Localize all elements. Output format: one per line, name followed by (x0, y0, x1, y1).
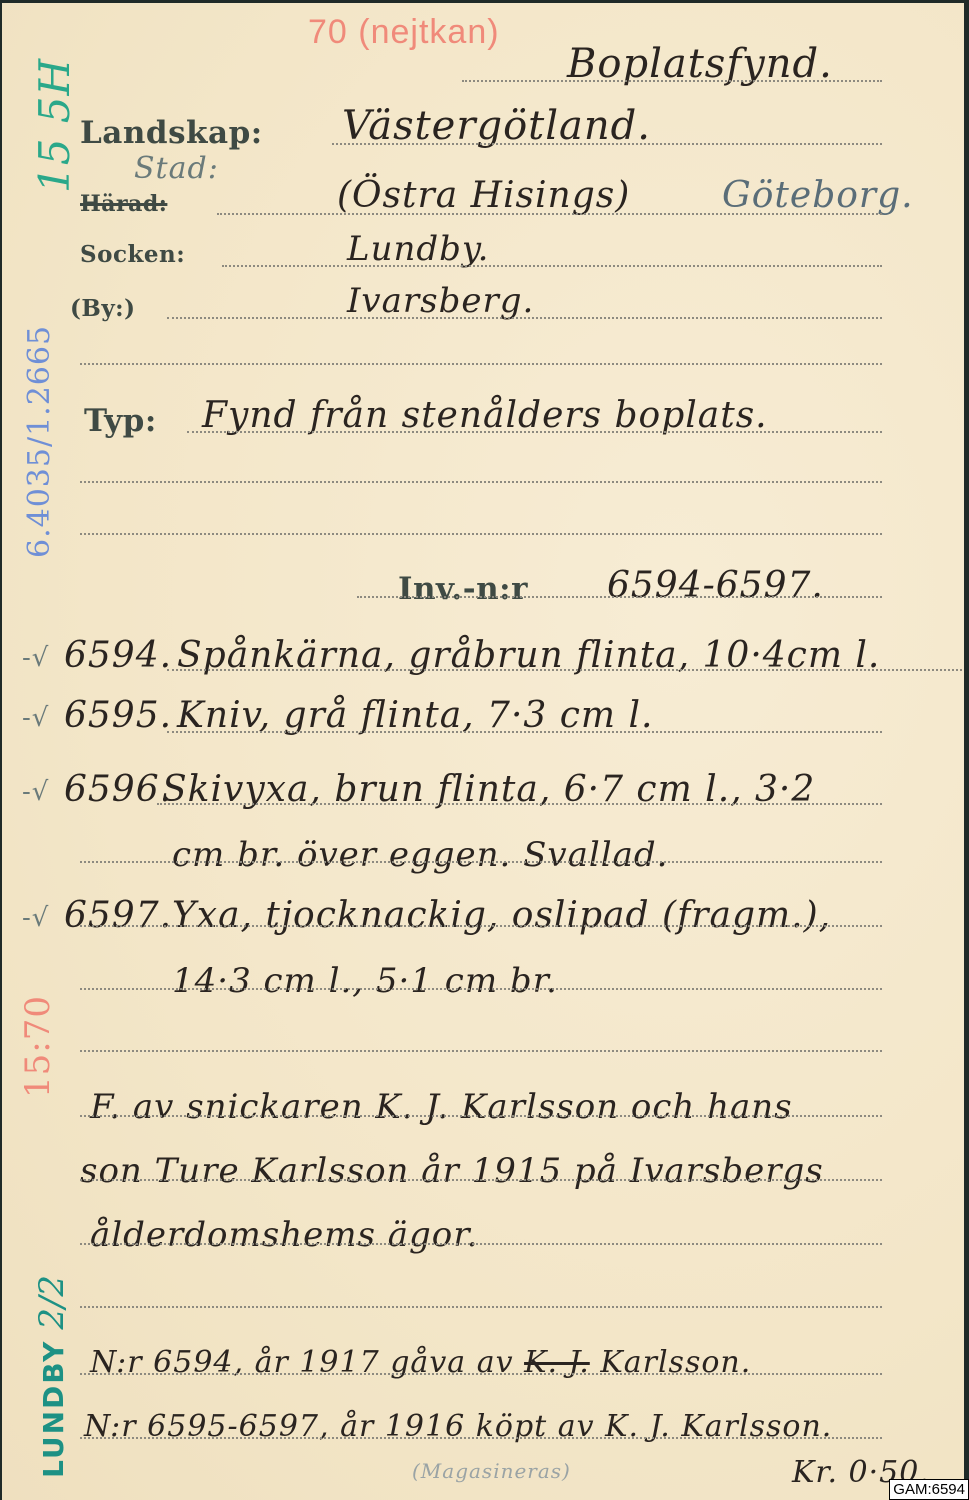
find-note-line: F. av snickaren K. J. Karlsson och hans (90, 1087, 793, 1127)
value-by: Ivarsberg. (347, 281, 534, 321)
dotted-line (187, 431, 882, 433)
value-inv-nr: 6594-6597. (607, 565, 824, 606)
item-number: 6595. (64, 695, 172, 736)
storage-note: (Magasineras) (412, 1459, 571, 1483)
dotted-line (80, 861, 882, 863)
dotted-line (217, 213, 882, 215)
item-number: 6594. (64, 635, 172, 676)
green-annotation: 15 5H (30, 58, 79, 193)
value-socken: Lundby. (347, 229, 489, 269)
dotted-line (80, 1373, 882, 1375)
side-stamp: LUNDBY 2/2 (32, 1275, 72, 1478)
dotted-line (222, 265, 882, 267)
side-note-red: 15:70 (18, 995, 58, 1098)
dotted-line (80, 1115, 882, 1117)
side-note-blue: 6.4035/1.2665 (22, 325, 57, 558)
label-landskap: Landskap: (80, 115, 263, 151)
label-typ: Typ: (84, 403, 157, 439)
dotted-line (157, 803, 882, 805)
item-description: Kniv, grå flinta, 7·3 cm l. (177, 695, 653, 736)
label-harad: Härad: (80, 191, 167, 217)
dotted-line (80, 988, 882, 990)
label-socken: Socken: (80, 241, 185, 268)
find-note-line: son Ture Karlsson år 1915 på Ivarsbergs (80, 1151, 824, 1191)
dotted-line (462, 80, 882, 82)
label-inv-nr: Inv.-n:r (398, 571, 528, 607)
find-note-line: ålderdomshems ägor. (90, 1215, 479, 1255)
side-stamp-hand: 2/2 (32, 1275, 72, 1330)
label-correction-stad: Stad: (134, 151, 219, 186)
dotted-line (332, 143, 882, 145)
dotted-line (80, 1306, 882, 1308)
dotted-line (80, 481, 882, 483)
item-number: 6597. (64, 895, 172, 936)
item-number: 6596. (64, 769, 172, 810)
dotted-line (80, 363, 882, 365)
dotted-line (80, 533, 882, 535)
check-mark: -√ (22, 777, 49, 807)
label-harad-text: Härad: (80, 191, 167, 217)
value-harad-addition: Göteborg. (722, 175, 914, 216)
catalog-card: 70 (nejtkan) 15 5H Boplatsfynd. Landskap… (2, 3, 964, 1500)
label-by: (By:) (70, 295, 136, 322)
item-description-cont: cm br. över eggen. Svallad. (172, 835, 669, 875)
dotted-line (80, 1050, 882, 1052)
value-typ: Fynd från stenålders boplats. (202, 395, 768, 436)
dotted-line (80, 1437, 882, 1439)
side-stamp-text: LUNDBY (37, 1340, 70, 1478)
catalog-id-label: GAM:6594 (889, 1479, 969, 1500)
item-description: Yxa, tjocknackig, oslipad (fragm.), (172, 895, 831, 936)
dotted-line (167, 731, 882, 733)
item-description-cont: 14·3 cm l., 5·1 cm br. (172, 961, 558, 1001)
red-pencil-note: 70 (nejtkan) (308, 13, 500, 52)
dotted-line (80, 1243, 882, 1245)
dotted-line (167, 317, 882, 319)
dotted-line (80, 925, 882, 927)
dotted-line (80, 1179, 882, 1181)
dotted-line (357, 596, 882, 598)
check-mark: -√ (22, 903, 49, 933)
dotted-line (167, 669, 962, 671)
check-mark: -√ (22, 703, 49, 733)
value-harad: (Östra Hisings) (337, 175, 630, 216)
check-mark: -√ (22, 643, 49, 673)
